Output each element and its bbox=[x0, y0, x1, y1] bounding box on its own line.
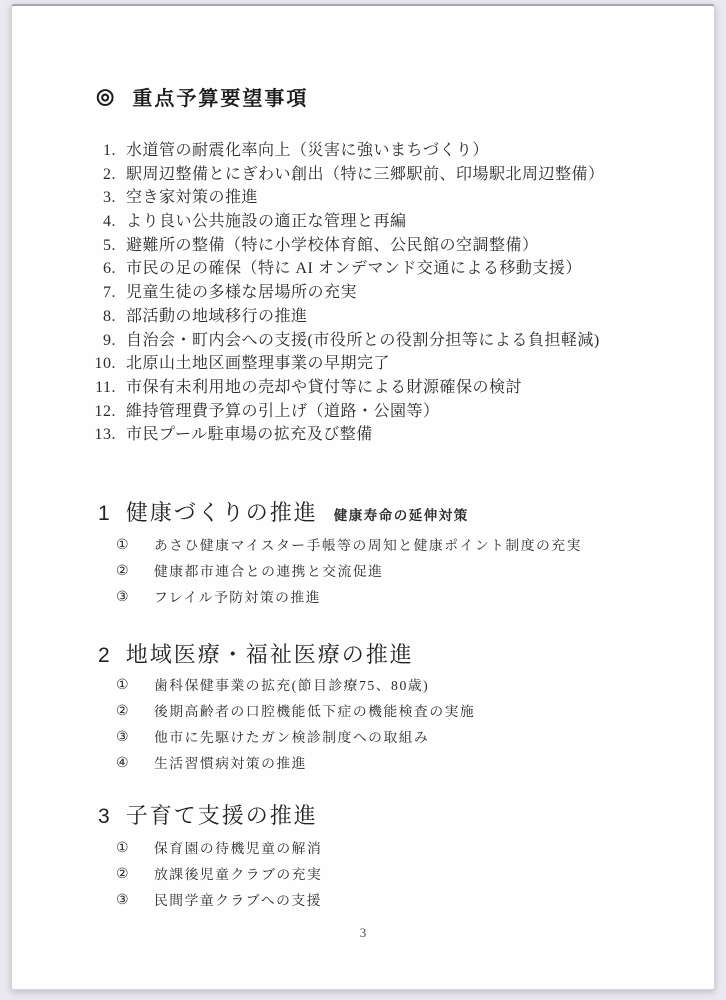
section-2-items: ①歯科保健事業の拡充(節目診療75、80歳) ②後期高齢者の口腔機能低下症の機能… bbox=[116, 676, 475, 780]
item-text: 生活習慣病対策の推進 bbox=[154, 754, 307, 774]
section-heading-1: 1 健康づくりの推進 健康寿命の延伸対策 bbox=[98, 496, 469, 527]
section-title: 地域医療・福祉医療の推進 bbox=[126, 638, 414, 669]
circled-number-icon: ① bbox=[116, 839, 132, 859]
item-number: 13. bbox=[84, 423, 116, 447]
section-1-items: ①あさひ健康マイスター手帳等の周知と健康ポイント制度の充実 ②健康都市連合との連… bbox=[116, 536, 582, 614]
item-text: 民間学童クラブへの支援 bbox=[154, 891, 322, 911]
list-item: 13.市民プール駐車場の拡充及び整備 bbox=[84, 423, 605, 447]
list-item: ①保育園の待機児童の解消 bbox=[116, 839, 322, 865]
list-item: 7.児童生徒の多様な居場所の充実 bbox=[84, 281, 605, 305]
item-text: 市民プール駐車場の拡充及び整備 bbox=[126, 423, 373, 447]
item-number: 6. bbox=[84, 257, 116, 281]
section-number: 3 bbox=[98, 805, 112, 829]
item-text: 放課後児童クラブの充実 bbox=[154, 865, 322, 885]
list-item: ④生活習慣病対策の推進 bbox=[116, 754, 475, 780]
page-title-text: 重点予算要望事項 bbox=[132, 82, 308, 111]
item-number: 2. bbox=[84, 163, 116, 187]
list-item: ②放課後児童クラブの充実 bbox=[116, 865, 322, 891]
circled-number-icon: ③ bbox=[116, 891, 132, 911]
page-title: ◎ 重点予算要望事項 bbox=[96, 82, 308, 111]
section-subtitle: 健康寿命の延伸対策 bbox=[334, 504, 469, 524]
list-item: 11.市保有未利用地の売却や貸付等による財源確保の検討 bbox=[84, 376, 605, 400]
item-number: 12. bbox=[84, 400, 116, 424]
list-item: ②後期高齢者の口腔機能低下症の機能検査の実施 bbox=[116, 702, 475, 728]
circled-number-icon: ② bbox=[116, 865, 132, 885]
item-text: 空き家対策の推進 bbox=[126, 186, 258, 210]
item-number: 11. bbox=[84, 376, 116, 400]
section-heading-2: 2 地域医療・福祉医療の推進 bbox=[98, 638, 414, 669]
item-number: 4. bbox=[84, 210, 116, 234]
section-number: 1 bbox=[98, 502, 112, 526]
section-3-items: ①保育園の待機児童の解消 ②放課後児童クラブの充実 ③民間学童クラブへの支援 bbox=[116, 839, 322, 917]
item-text: 部活動の地域移行の推進 bbox=[126, 305, 308, 329]
circled-number-icon: ③ bbox=[116, 588, 132, 608]
item-text: 後期高齢者の口腔機能低下症の機能検査の実施 bbox=[154, 702, 475, 722]
item-text: 自治会・町内会への支援(市役所との役割分担等による負担軽減) bbox=[126, 329, 600, 353]
item-number: 9. bbox=[84, 329, 116, 353]
item-text: 北原山土地区画整理事業の早期完了 bbox=[126, 352, 390, 376]
item-text: 他市に先駆けたガン検診制度への取組み bbox=[154, 728, 429, 748]
item-number: 8. bbox=[84, 305, 116, 329]
document-photo: ◎ 重点予算要望事項 1.水道管の耐震化率向上（災害に強いまちづくり） 2.駅周… bbox=[0, 0, 726, 1000]
circled-number-icon: ② bbox=[116, 562, 132, 582]
circled-number-icon: ① bbox=[116, 536, 132, 556]
priority-items-list: 1.水道管の耐震化率向上（災害に強いまちづくり） 2.駅周辺整備とにぎわい創出（… bbox=[84, 139, 605, 447]
list-item: 1.水道管の耐震化率向上（災害に強いまちづくり） bbox=[84, 139, 605, 163]
circled-number-icon: ④ bbox=[116, 754, 132, 774]
item-text: 保育園の待機児童の解消 bbox=[154, 839, 322, 859]
double-circle-bullet-icon: ◎ bbox=[96, 84, 116, 109]
list-item: 10.北原山土地区画整理事業の早期完了 bbox=[84, 352, 605, 376]
item-text: 健康都市連合との連携と交流促進 bbox=[154, 562, 383, 582]
item-number: 1. bbox=[84, 139, 116, 163]
list-item: ①あさひ健康マイスター手帳等の周知と健康ポイント制度の充実 bbox=[116, 536, 582, 562]
list-item: ③他市に先駆けたガン検診制度への取組み bbox=[116, 728, 475, 754]
item-text: 水道管の耐震化率向上（災害に強いまちづくり） bbox=[126, 139, 489, 163]
item-text: 維持管理費予算の引上げ（道路・公園等） bbox=[126, 400, 440, 424]
item-number: 5. bbox=[84, 234, 116, 258]
list-item: ②健康都市連合との連携と交流促進 bbox=[116, 562, 582, 588]
item-number: 3. bbox=[84, 186, 116, 210]
list-item: 6.市民の足の確保（特に AI オンデマンド交通による移動支援） bbox=[84, 257, 605, 281]
section-title: 子育て支援の推進 bbox=[126, 799, 318, 830]
section-number: 2 bbox=[98, 644, 112, 668]
page-number: 3 bbox=[12, 925, 714, 941]
circled-number-icon: ② bbox=[116, 702, 132, 722]
circled-number-icon: ① bbox=[116, 676, 132, 696]
list-item: 9.自治会・町内会への支援(市役所との役割分担等による負担軽減) bbox=[84, 329, 605, 353]
item-text: 児童生徒の多様な居場所の充実 bbox=[126, 281, 357, 305]
circled-number-icon: ③ bbox=[116, 728, 132, 748]
list-item: ③フレイル予防対策の推進 bbox=[116, 588, 582, 614]
list-item: 8.部活動の地域移行の推進 bbox=[84, 305, 605, 329]
list-item: 12.維持管理費予算の引上げ（道路・公園等） bbox=[84, 400, 605, 424]
item-text: 駅周辺整備とにぎわい創出（特に三郷駅前、印場駅北周辺整備） bbox=[126, 163, 605, 187]
list-item: ①歯科保健事業の拡充(節目診療75、80歳) bbox=[116, 676, 475, 702]
document-page: ◎ 重点予算要望事項 1.水道管の耐震化率向上（災害に強いまちづくり） 2.駅周… bbox=[11, 4, 715, 990]
section-heading-3: 3 子育て支援の推進 bbox=[98, 799, 318, 830]
item-text: 市民の足の確保（特に AI オンデマンド交通による移動支援） bbox=[126, 257, 582, 281]
list-item: 2.駅周辺整備とにぎわい創出（特に三郷駅前、印場駅北周辺整備） bbox=[84, 163, 605, 187]
item-text: より良い公共施設の適正な管理と再編 bbox=[126, 210, 407, 234]
item-text: あさひ健康マイスター手帳等の周知と健康ポイント制度の充実 bbox=[154, 536, 582, 556]
list-item: 5.避難所の整備（特に小学校体育館、公民館の空調整備） bbox=[84, 234, 605, 258]
list-item: 4.より良い公共施設の適正な管理と再編 bbox=[84, 210, 605, 234]
item-text: 避難所の整備（特に小学校体育館、公民館の空調整備） bbox=[126, 234, 539, 258]
item-number: 7. bbox=[84, 281, 116, 305]
list-item: ③民間学童クラブへの支援 bbox=[116, 891, 322, 917]
list-item: 3.空き家対策の推進 bbox=[84, 186, 605, 210]
item-text: 歯科保健事業の拡充(節目診療75、80歳) bbox=[154, 676, 429, 696]
item-text: 市保有未利用地の売却や貸付等による財源確保の検討 bbox=[126, 376, 522, 400]
item-number: 10. bbox=[84, 352, 116, 376]
section-title: 健康づくりの推進 bbox=[126, 496, 318, 527]
item-text: フレイル予防対策の推進 bbox=[154, 588, 321, 608]
